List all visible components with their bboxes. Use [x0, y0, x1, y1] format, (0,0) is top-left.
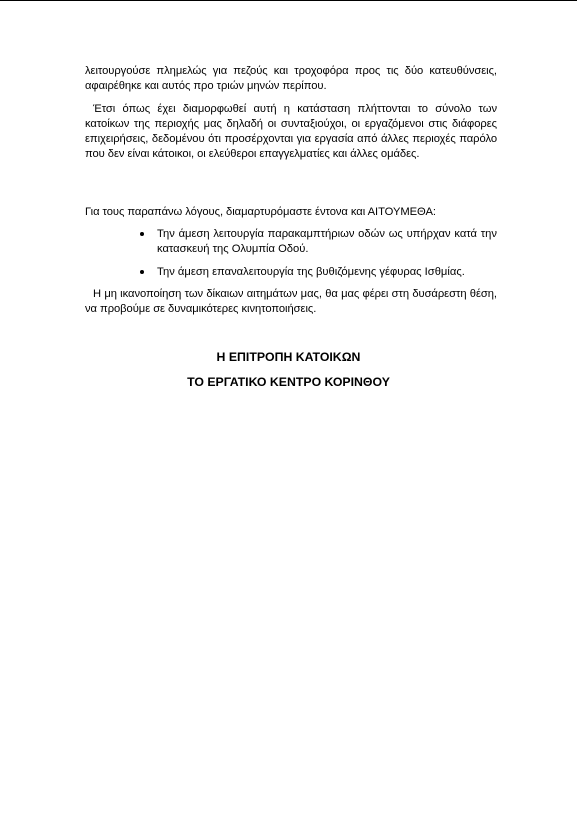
bullet-icon	[140, 270, 144, 274]
demand-text: Την άμεση λειτουργία παρακαμπτήριων οδών…	[157, 228, 497, 255]
paragraph-demands-intro: Για τους παραπάνω λόγους, διαμαρτυρόμαστ…	[85, 205, 497, 220]
paragraph-warning: Η μη ικανοποίηση των δίκαιων αιτημάτων μ…	[85, 287, 497, 317]
signature-residents-committee: Η ΕΠΙΤΡΟΠΗ ΚΑΤΟΙΚΩΝ	[0, 349, 577, 365]
paragraph-affected-residents: Έτσι όπως έχει διαμορφωθεί αυτή η κατάστ…	[85, 102, 497, 162]
paragraph-continuation: λειτουργούσε πλημελώς για πεζούς και τρο…	[85, 64, 497, 94]
signature-labour-centre: ΤΟ ΕΡΓΑΤΙΚΟ ΚΕΝΤΡΟ ΚΟΡΙΝΘΟΥ	[0, 374, 577, 390]
demand-text: Την άμεση επαναλειτουργία της βυθιζόμενη…	[157, 266, 465, 278]
demand-item: Την άμεση λειτουργία παρακαμπτήριων οδών…	[140, 227, 497, 257]
demand-item: Την άμεση επαναλειτουργία της βυθιζόμενη…	[140, 265, 497, 280]
page-top-border	[0, 0, 577, 1]
document-page: λειτουργούσε πλημελώς για πεζούς και τρο…	[0, 0, 577, 827]
bullet-icon	[140, 232, 144, 236]
demands-list: Την άμεση λειτουργία παρακαμπτήριων οδών…	[140, 227, 497, 280]
